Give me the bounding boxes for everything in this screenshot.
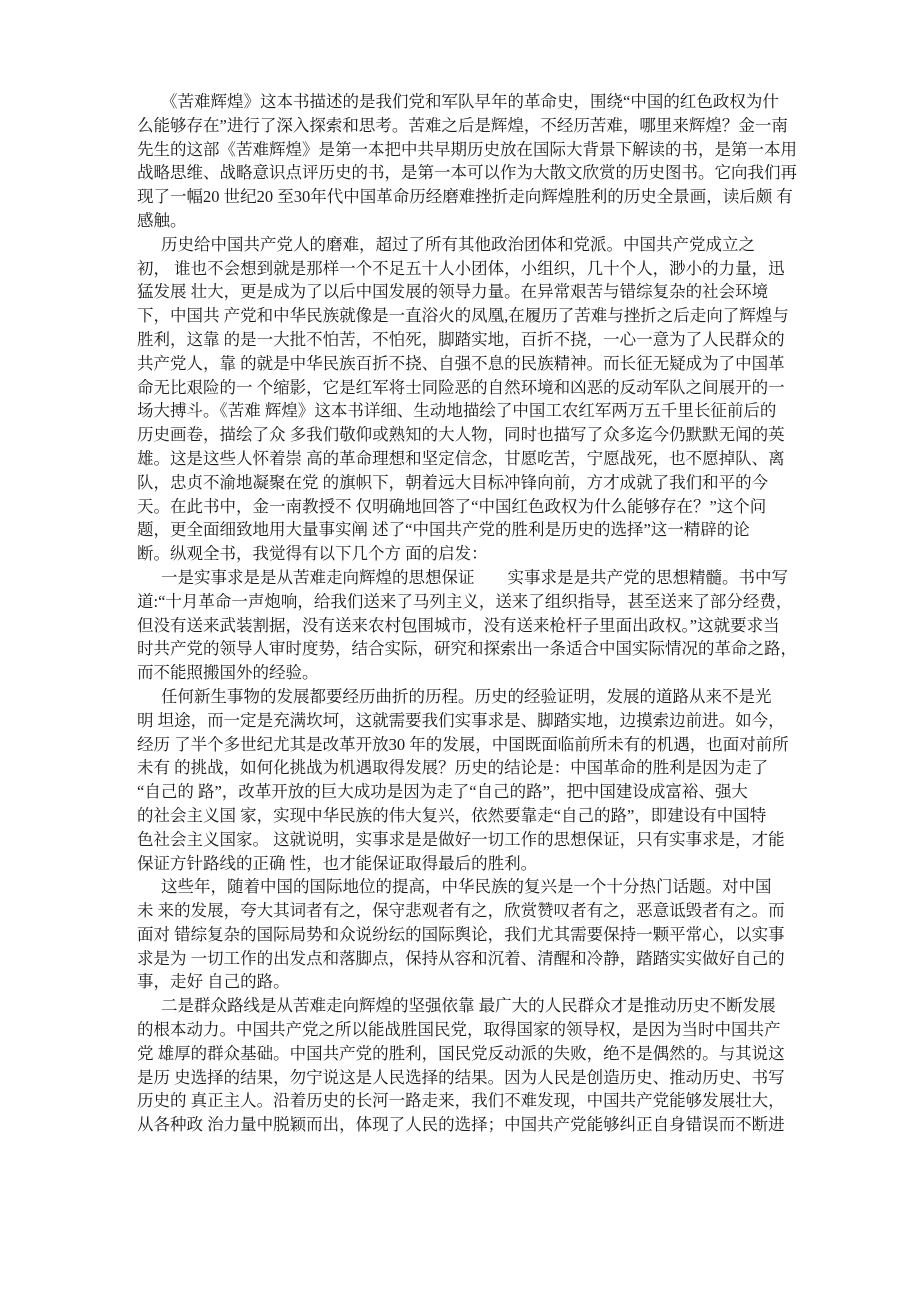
text-line: 现了一幅20 世纪20 至30年代中国革命历经磨难挫折走向辉煌胜利的历史全景画，… xyxy=(137,185,797,209)
text-line: 而不能照搬国外的经验。 xyxy=(137,661,797,685)
text-line: 猛发展 壮大，更是成为了以后中国发展的领导力量。在异常艰苦与错综复杂的社会环境 xyxy=(137,280,797,304)
document-body: 《苦难辉煌》这本书描述的是我们党和军队早年的革命史，围绕“中国的红色政权为什么能… xyxy=(137,90,797,1137)
text-line: 感触。 xyxy=(137,209,797,233)
text-line: 断。纵观全书，我觉得有以下几个方 面的启发： xyxy=(137,542,797,566)
text-line: “自己的 路”，改革开放的巨大成功是因为走了“自己的路”，把中国建设成富裕、强大 xyxy=(137,780,797,804)
text-line: 保证方针路线的正确 性，也才能保证取得最后的胜利。 xyxy=(137,852,797,876)
text-line: 时共产党的领导人审时度势，结合实际，研究和探索出一条适合中国实际情况的革命之路， xyxy=(137,637,797,661)
text-line: 场大搏斗。《苦难 辉煌》这本书详细、生动地描绘了中国工农红军两万五千里长征前后的 xyxy=(137,399,797,423)
text-line: 从各种政 治力量中脱颖而出，体现了人民的选择；中国共产党能够纠正自身错误而不断进 xyxy=(137,1113,797,1137)
text-line: 历史画卷，描绘了众 多我们敬仰或熟知的大人物，同时也描写了众多迄今仍默默无闻的英 xyxy=(137,423,797,447)
text-line: 未 来的发展，夸大其词者有之，保守悲观者有之，欣赏赞叹者有之，恶意诋毁者有之。而 xyxy=(137,899,797,923)
paragraph: 任何新生事物的发展都要经历曲折的历程。历史的经验证明，发展的道路从来不是光明 坦… xyxy=(137,685,797,875)
text-line: 历史给中国共产党人的磨难，超过了所有其他政治团体和党派。中国共产党成立之 xyxy=(137,233,797,257)
text-line: 队，忠贞不渝地凝聚在党 的旗帜下，朝着远大目标冲锋向前，方才成就了我们和平的今 xyxy=(137,471,797,495)
text-line: 事，走好 自己的路。 xyxy=(137,970,797,994)
text-line: 初， 谁也不会想到就是那样一个不足五十人小团体，小组织，几十个人，渺小的力量，迅 xyxy=(137,257,797,281)
text-line: 未有 的挑战，如何化挑战为机遇取得发展？历史的结论是：中国革命的胜利是因为走了 xyxy=(137,756,797,780)
text-line: 题，更全面细致地用大量事实阐 述了“中国共产党的胜利是历史的选择”这一精辟的论 xyxy=(137,518,797,542)
text-line: 求是为 一切工作的出发点和落脚点，保持从容和沉着、清醒和冷静，踏踏实实做好自己的 xyxy=(137,947,797,971)
document-page: 《苦难辉煌》这本书描述的是我们党和军队早年的革命史，围绕“中国的红色政权为什么能… xyxy=(0,0,920,1302)
text-line: 天。在此书中，金一南教授不 仅明确地回答了“中国红色政权为什么能够存在？”这个问 xyxy=(137,495,797,519)
paragraph: 历史给中国共产党人的磨难，超过了所有其他政治团体和党派。中国共产党成立之初， 谁… xyxy=(137,233,797,566)
text-line: 面对 错综复杂的国际局势和众说纷纭的国际舆论，我们尤其需要保持一颗平常心，以实事 xyxy=(137,923,797,947)
text-line: 《苦难辉煌》这本书描述的是我们党和军队早年的革命史，围绕“中国的红色政权为什 xyxy=(137,90,797,114)
text-line: 胜利，这靠 的是一大批不怕苦，不怕死，脚踏实地，百折不挠，一心一意为了人民群众的 xyxy=(137,328,797,352)
text-line: 二是群众路线是从苦难走向辉煌的坚强依靠 最广大的人民群众才是推动历史不断发展 xyxy=(137,994,797,1018)
paragraph: 二是群众路线是从苦难走向辉煌的坚强依靠 最广大的人民群众才是推动历史不断发展的根… xyxy=(137,994,797,1137)
paragraph: 这些年，随着中国的国际地位的提高，中华民族的复兴是一个十分热门话题。对中国未 来… xyxy=(137,875,797,994)
text-line: 历史的 真正主人。沿着历史的长河一路走来，我们不难发现，中国共产党能够发展壮大， xyxy=(137,1089,797,1113)
text-line: 这些年，随着中国的国际地位的提高，中华民族的复兴是一个十分热门话题。对中国 xyxy=(137,875,797,899)
text-line: 一是实事求是是从苦难走向辉煌的思想保证 实事求是是共产党的思想精髓。书中写 xyxy=(137,566,797,590)
text-line: 的社会主义国 家，实现中华民族的伟大复兴，依然要靠走“自己的路”，即建设有中国特 xyxy=(137,804,797,828)
text-line: 的根本动力。中国共产党之所以能战胜国民党，取得国家的领导权，是因为当时中国共产 xyxy=(137,1018,797,1042)
text-line: 么能够存在”进行了深入探索和思考。苦难之后是辉煌，不经历苦难，哪里来辉煌？金一南 xyxy=(137,114,797,138)
text-line: 共产党人，靠 的就是中华民族百折不挠、自强不息的民族精神。而长征无疑成为了中国革 xyxy=(137,352,797,376)
text-line: 但没有送来武装割据，没有送来农村包围城市，没有送来枪杆子里面出政权。”这就要求当 xyxy=(137,614,797,638)
paragraph: 一是实事求是是从苦难走向辉煌的思想保证 实事求是是共产党的思想精髓。书中写道:“… xyxy=(137,566,797,685)
text-line: 先生的这部《苦难辉煌》是第一本把中共早期历史放在国际大背景下解读的书，是第一本用 xyxy=(137,138,797,162)
text-line: 经历 了半个多世纪尤其是改革开放30 年的发展，中国既面临前所未有的机遇，也面对… xyxy=(137,733,797,757)
text-line: 色社会主义国家。 这就说明，实事求是是做好一切工作的思想保证，只有实事求是，才能 xyxy=(137,828,797,852)
text-line: 雄。这是这些人怀着崇 高的革命理想和坚定信念，甘愿吃苦，宁愿战死，也不愿掉队、离 xyxy=(137,447,797,471)
text-line: 任何新生事物的发展都要经历曲折的历程。历史的经验证明，发展的道路从来不是光 xyxy=(137,685,797,709)
text-line: 是历 史选择的结果，勿宁说这是人民选择的结果。因为人民是创造历史、推动历史、书写 xyxy=(137,1066,797,1090)
text-line: 明 坦途，而一定是充满坎坷，这就需要我们实事求是、脚踏实地，边摸索边前进。如今， xyxy=(137,709,797,733)
text-line: 战略思维、战略意识点评历史的书，是第一本可以作为大散文欣赏的历史图书。它向我们再 xyxy=(137,161,797,185)
text-line: 党 雄厚的群众基础。中国共产党的胜利，国民党反动派的失败，绝不是偶然的。与其说这 xyxy=(137,1042,797,1066)
text-line: 下，中国共 产党和中华民族就像是一直浴火的凤凰,在履历了苦难与挫折之后走向了辉煌… xyxy=(137,304,797,328)
paragraph: 《苦难辉煌》这本书描述的是我们党和军队早年的革命史，围绕“中国的红色政权为什么能… xyxy=(137,90,797,233)
text-line: 道:“十月革命一声炮响，给我们送来了马列主义，送来了组织指导，甚至送来了部分经费… xyxy=(137,590,797,614)
text-line: 命无比艰险的一 个缩影，它是红军将士同险恶的自然环境和凶恶的反动军队之间展开的一 xyxy=(137,376,797,400)
